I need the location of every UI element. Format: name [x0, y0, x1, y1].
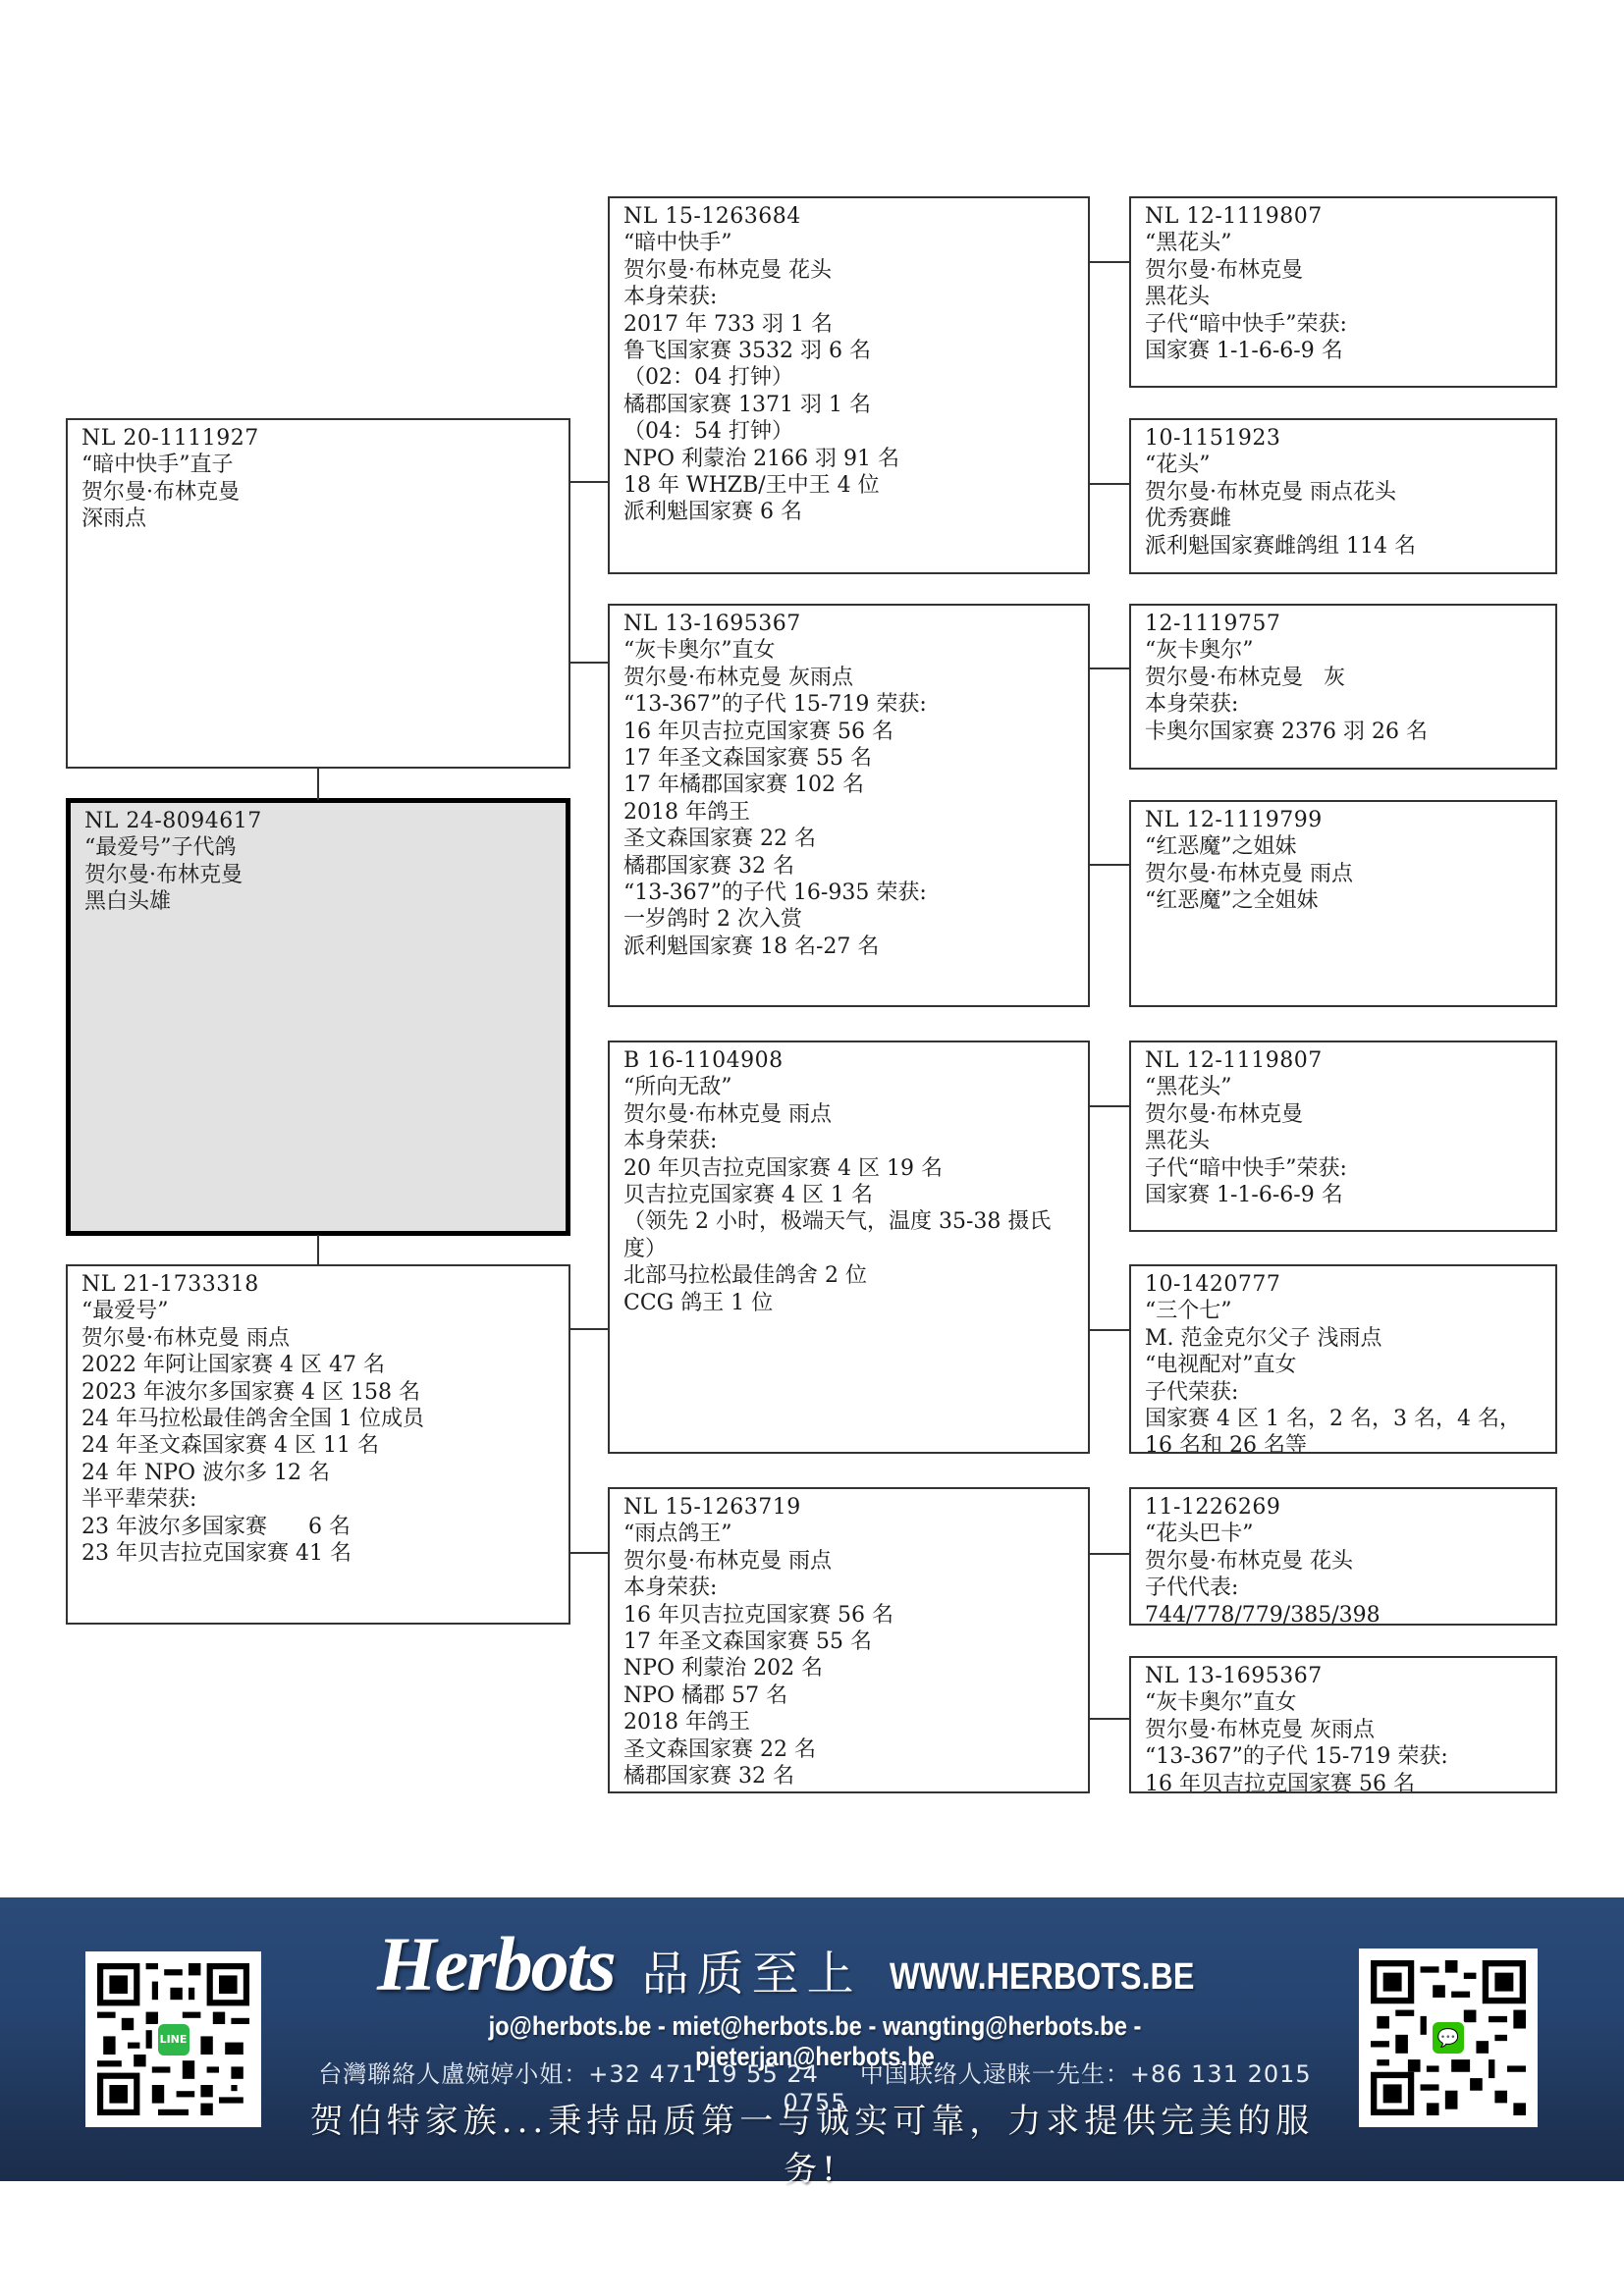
pigeon-name: “暗中快手”直子 [81, 452, 555, 478]
great-grandparent-card-4: NL 12-1119799“红恶魔”之姐妹贺尔曼·布林克曼 雨点“红恶魔”之全姐… [1129, 800, 1557, 1007]
pedigree-line: 贺尔曼·布林克曼 花头 [623, 257, 1074, 284]
pedigree-line: 圣文森国家赛 22 名 [623, 826, 1074, 852]
grandparent-card-2: NL 13-1695367“灰卡奥尔”直女贺尔曼·布林克曼 灰雨点“13-367… [608, 604, 1090, 1007]
pigeon-name: “所向无敌” [623, 1074, 1074, 1100]
pigeon-name: “三个七” [1145, 1298, 1542, 1324]
ring-number: NL 20-1111927 [81, 425, 555, 452]
pigeon-name: “黑花头” [1145, 230, 1542, 256]
connector-gp3-ggp5 [1090, 1105, 1129, 1107]
ring-number: NL 24-8094617 [84, 808, 552, 834]
connector-sire-subject [317, 769, 319, 800]
connector-gp3-ggp6 [1090, 1329, 1129, 1331]
pedigree-line: 国家赛 1-1-6-6-9 名 [1145, 338, 1542, 364]
pedigree-line: CCG 鸽王 1 位 [623, 1290, 1074, 1316]
line-qr-code[interactable]: LINE [85, 1951, 261, 2127]
pedigree-line: 贺尔曼·布林克曼 灰雨点 [623, 665, 1074, 691]
ring-number: NL 15-1263719 [623, 1494, 1074, 1521]
pedigree-line: 23 年贝吉拉克国家赛 41 名 [81, 1540, 555, 1567]
ring-number: NL 12-1119807 [1145, 1047, 1542, 1074]
pedigree-line: 橘郡国家赛 1371 羽 1 名 [623, 392, 1074, 418]
pedigree-line: M. 范金克尔父子 浅雨点 [1145, 1325, 1542, 1352]
wechat-qr-code[interactable]: 💬 [1359, 1949, 1538, 2127]
pedigree-line: （04：54 打钟） [623, 418, 1074, 445]
grandparent-card-3: B 16-1104908“所向无敌”贺尔曼·布林克曼 雨点本身荣获:20 年贝吉… [608, 1041, 1090, 1454]
pedigree-line: 贺尔曼·布林克曼 灰 [1145, 665, 1542, 691]
connector-gp2-ggp4 [1090, 864, 1129, 866]
pigeon-name: “灰卡奥尔”直女 [1145, 1689, 1542, 1716]
pigeon-name: “红恶魔”之姐妹 [1145, 833, 1542, 860]
pedigree-line: “电视配对”直女 [1145, 1352, 1542, 1378]
connector-dam-gp3 [570, 1328, 608, 1330]
grandparent-card-1: NL 15-1263684“暗中快手”贺尔曼·布林克曼 花头本身荣获:2017 … [608, 196, 1090, 574]
ring-number: NL 12-1119807 [1145, 203, 1542, 230]
pedigree-line: 贺尔曼·布林克曼 [81, 479, 555, 506]
brand-slogan: 品质至上 [642, 1945, 862, 2003]
connector-dam-gp4 [570, 1552, 608, 1554]
wechat-app-icon: 💬 [1430, 2019, 1467, 2056]
pedigree-line: 2018 年鸽王 [623, 1709, 1074, 1735]
pigeon-name: “黑花头” [1145, 1074, 1542, 1100]
pedigree-line: 子代代表: [1145, 1575, 1542, 1601]
pedigree-line: 贺尔曼·布林克曼 花头 [1145, 1548, 1542, 1575]
pedigree-line: 16 年贝吉拉克国家赛 56 名 [1145, 1771, 1542, 1793]
connector-subject-dam [317, 1235, 319, 1264]
pedigree-line: 16 年贝吉拉克国家赛 56 名 [623, 1602, 1074, 1629]
pigeon-name: “暗中快手” [623, 230, 1074, 256]
pedigree-line: 子代“暗中快手”荣获: [1145, 311, 1542, 338]
pedigree-line: 黑花头 [1145, 1128, 1542, 1154]
pedigree-line: 优秀赛雌 [1145, 506, 1542, 532]
pigeon-name: “灰卡奥尔”直女 [623, 637, 1074, 664]
pedigree-line: 圣文森国家赛 22 名 [623, 1736, 1074, 1763]
pedigree-line: 本身荣获: [1145, 691, 1542, 718]
pedigree-line: 派利魁国家赛 6 名 [623, 499, 1074, 525]
pedigree-line: 17 年圣文森国家赛 55 名 [623, 1629, 1074, 1655]
pedigree-line: NPO 利蒙治 202 名 [623, 1655, 1074, 1682]
great-grandparent-card-1: NL 12-1119807“黑花头”贺尔曼·布林克曼黑花头子代“暗中快手”荣获:… [1129, 196, 1557, 388]
pedigree-line: （领先 2 小时，极端天气，温度 35-38 摄氏度） [623, 1208, 1074, 1262]
pedigree-line: NPO 橘郡 57 名 [623, 1682, 1074, 1709]
ring-number: 12-1119757 [1145, 611, 1542, 637]
grandparent-card-4: NL 15-1263719“雨点鸽王”贺尔曼·布林克曼 雨点本身荣获:16 年贝… [608, 1487, 1090, 1793]
great-grandparent-card-7: 11-1226269“花头巴卡”贺尔曼·布林克曼 花头子代代表:744/778/… [1129, 1487, 1557, 1626]
great-grandparent-card-6: 10-1420777“三个七”M. 范金克尔父子 浅雨点“电视配对”直女子代荣获… [1129, 1264, 1557, 1454]
connector-gp4-ggp8 [1090, 1718, 1129, 1720]
pedigree-line: 一岁鸽时 2 次入赏 [623, 906, 1074, 933]
pigeon-name: “最爱号” [81, 1298, 555, 1324]
pedigree-line: 18 年 WHZB/王中王 4 位 [623, 472, 1074, 499]
pedigree-line: 贺尔曼·布林克曼 [1145, 1101, 1542, 1128]
herbots-logo: Herbots [377, 1925, 615, 2003]
pedigree-line: 子代荣获: [1145, 1379, 1542, 1406]
pedigree-line: 24 年圣文森国家赛 4 区 11 名 [81, 1432, 555, 1459]
connector-gp1-ggp1 [1090, 261, 1129, 263]
pedigree-line: 北部马拉松最佳鸽舍 2 位 [623, 1262, 1074, 1289]
pedigree-line: 17 年橘郡国家赛 102 名 [623, 772, 1074, 798]
contact-taiwan: 台灣聯絡人盧婉婷小姐：+32 471 19 55 24 [318, 2060, 819, 2088]
pedigree-line: 贺尔曼·布林克曼 [1145, 257, 1542, 284]
pedigree-line: 贺尔曼·布林克曼 雨点花头 [1145, 479, 1542, 506]
pedigree-line: 24 年 NPO 波尔多 12 名 [81, 1460, 555, 1486]
brand-header: Herbots 品质至上 WWW.HERBOTS.BE [377, 1925, 1248, 2003]
pedigree-line: 23 年波尔多国家赛 6 名 [81, 1514, 555, 1540]
pedigree-line: 本身荣获: [623, 1128, 1074, 1154]
pedigree-line: 2022 年阿让国家赛 4 区 47 名 [81, 1352, 555, 1378]
pigeon-name: “灰卡奥尔” [1145, 637, 1542, 664]
pedigree-line: 卡奥尔国家赛 2376 羽 26 名 [1145, 719, 1542, 745]
pigeon-name: “花头巴卡” [1145, 1521, 1542, 1547]
pedigree-line: 744/778/779/385/398 [1145, 1602, 1542, 1626]
pedigree-line: “红恶魔”之全姐妹 [1145, 887, 1542, 914]
pedigree-line: 贺尔曼·布林克曼 [84, 862, 552, 888]
pedigree-line: 本身荣获: [623, 1575, 1074, 1601]
connector-gp4-ggp7 [1090, 1553, 1129, 1555]
subject-pigeon-card: NL 24-8094617“最爱号”子代鸽贺尔曼·布林克曼黑白头雄 [66, 798, 570, 1236]
pedigree-line: 鲁飞国家赛 3532 羽 6 名 [623, 338, 1074, 364]
pedigree-line: 贺尔曼·布林克曼 雨点 [81, 1325, 555, 1352]
great-grandparent-card-2: 10-1151923“花头”贺尔曼·布林克曼 雨点花头优秀赛雌派利魁国家赛雌鸽组… [1129, 418, 1557, 574]
sire-card: NL 20-1111927“暗中快手”直子贺尔曼·布林克曼深雨点 [66, 418, 570, 769]
pedigree-line: 24 年马拉松最佳鸽舍全国 1 位成员 [81, 1406, 555, 1432]
website-link[interactable]: WWW.HERBOTS.BE [890, 1950, 1194, 2003]
great-grandparent-card-8: NL 13-1695367“灰卡奥尔”直女贺尔曼·布林克曼 灰雨点“13-367… [1129, 1656, 1557, 1793]
ring-number: NL 12-1119799 [1145, 807, 1542, 833]
ring-number: NL 13-1695367 [1145, 1663, 1542, 1689]
pedigree-line: 橘郡国家赛 32 名 [623, 853, 1074, 880]
line-app-icon: LINE [155, 2021, 192, 2058]
pedigree-line: 2018 年鸽王 [623, 799, 1074, 826]
pedigree-line: 半平辈荣获: [81, 1486, 555, 1513]
pedigree-line: 深雨点 [81, 506, 555, 532]
pedigree-line: 2017 年 733 羽 1 名 [623, 311, 1074, 338]
connector-sire-gp1 [570, 481, 608, 483]
pedigree-line: 国家赛 1-1-6-6-9 名 [1145, 1182, 1542, 1208]
pedigree-line: 黑白头雄 [84, 888, 552, 915]
pedigree-line: 2023 年波尔多国家赛 4 区 158 名 [81, 1379, 555, 1406]
ring-number: NL 15-1263684 [623, 203, 1074, 230]
pedigree-line: 贺尔曼·布林克曼 雨点 [623, 1101, 1074, 1128]
ring-number: 10-1151923 [1145, 425, 1542, 452]
pedigree-line: NPO 利蒙治 2166 羽 91 名 [623, 446, 1074, 472]
great-grandparent-card-5: NL 12-1119807“黑花头”贺尔曼·布林克曼黑花头子代“暗中快手”荣获:… [1129, 1041, 1557, 1232]
connector-gp1-ggp2 [1090, 483, 1129, 485]
pedigree-line: 橘郡国家赛 32 名 [623, 1763, 1074, 1789]
pedigree-line: “13-367”的子代 15-719 荣获: [1145, 1743, 1542, 1770]
connector-gp2-ggp3 [1090, 667, 1129, 669]
dam-card: NL 21-1733318“最爱号”贺尔曼·布林克曼 雨点2022 年阿让国家赛… [66, 1264, 570, 1625]
ring-number: 10-1420777 [1145, 1271, 1542, 1298]
pedigree-line: 派利魁国家赛 18 名-27 名 [623, 934, 1074, 960]
pedigree-line: “13-367”的子代 15-719 荣获: [623, 691, 1074, 718]
pedigree-line: （02：04 打钟） [623, 364, 1074, 391]
pedigree-line: 贝吉拉克国家赛 4 区 1 名 [623, 1182, 1074, 1208]
pedigree-line: 黑花头 [1145, 284, 1542, 310]
footer-banner: LINE Herbots 品质至上 WWW.HERBOTS.BE jo@herb… [0, 1897, 1624, 2181]
pigeon-name: “花头” [1145, 452, 1542, 478]
ring-number: NL 21-1733318 [81, 1271, 555, 1298]
pedigree-line: 国家赛 4 区 1 名，2 名，3 名，4 名，16 名和 26 名等 [1145, 1406, 1542, 1454]
pigeon-name: “最爱号”子代鸽 [84, 834, 552, 861]
pedigree-line: 子代“暗中快手”荣获: [1145, 1155, 1542, 1182]
company-motto: 贺伯特家族...秉持品质第一与诚实可靠，力求提供完美的服务! [287, 2094, 1337, 2190]
ring-number: B 16-1104908 [623, 1047, 1074, 1074]
pedigree-line: 贺尔曼·布林克曼 雨点 [1145, 861, 1542, 887]
ring-number: 11-1226269 [1145, 1494, 1542, 1521]
ring-number: NL 13-1695367 [623, 611, 1074, 637]
pedigree-line: 16 年贝吉拉克国家赛 56 名 [623, 719, 1074, 745]
connector-sire-gp2 [570, 662, 608, 664]
pigeon-name: “雨点鸽王” [623, 1521, 1074, 1547]
pedigree-line: 贺尔曼·布林克曼 雨点 [623, 1548, 1074, 1575]
great-grandparent-card-3: 12-1119757“灰卡奥尔”贺尔曼·布林克曼 灰本身荣获:卡奥尔国家赛 23… [1129, 604, 1557, 770]
pedigree-line: 本身荣获: [623, 284, 1074, 310]
pedigree-line: 20 年贝吉拉克国家赛 4 区 19 名 [623, 1155, 1074, 1182]
pedigree-line: 贺尔曼·布林克曼 灰雨点 [1145, 1717, 1542, 1743]
pedigree-line: 派利魁国家赛雌鸽组 114 名 [1145, 533, 1542, 560]
pedigree-line: “13-367”的子代 16-935 荣获: [623, 880, 1074, 906]
pedigree-line: 17 年圣文森国家赛 55 名 [623, 745, 1074, 772]
